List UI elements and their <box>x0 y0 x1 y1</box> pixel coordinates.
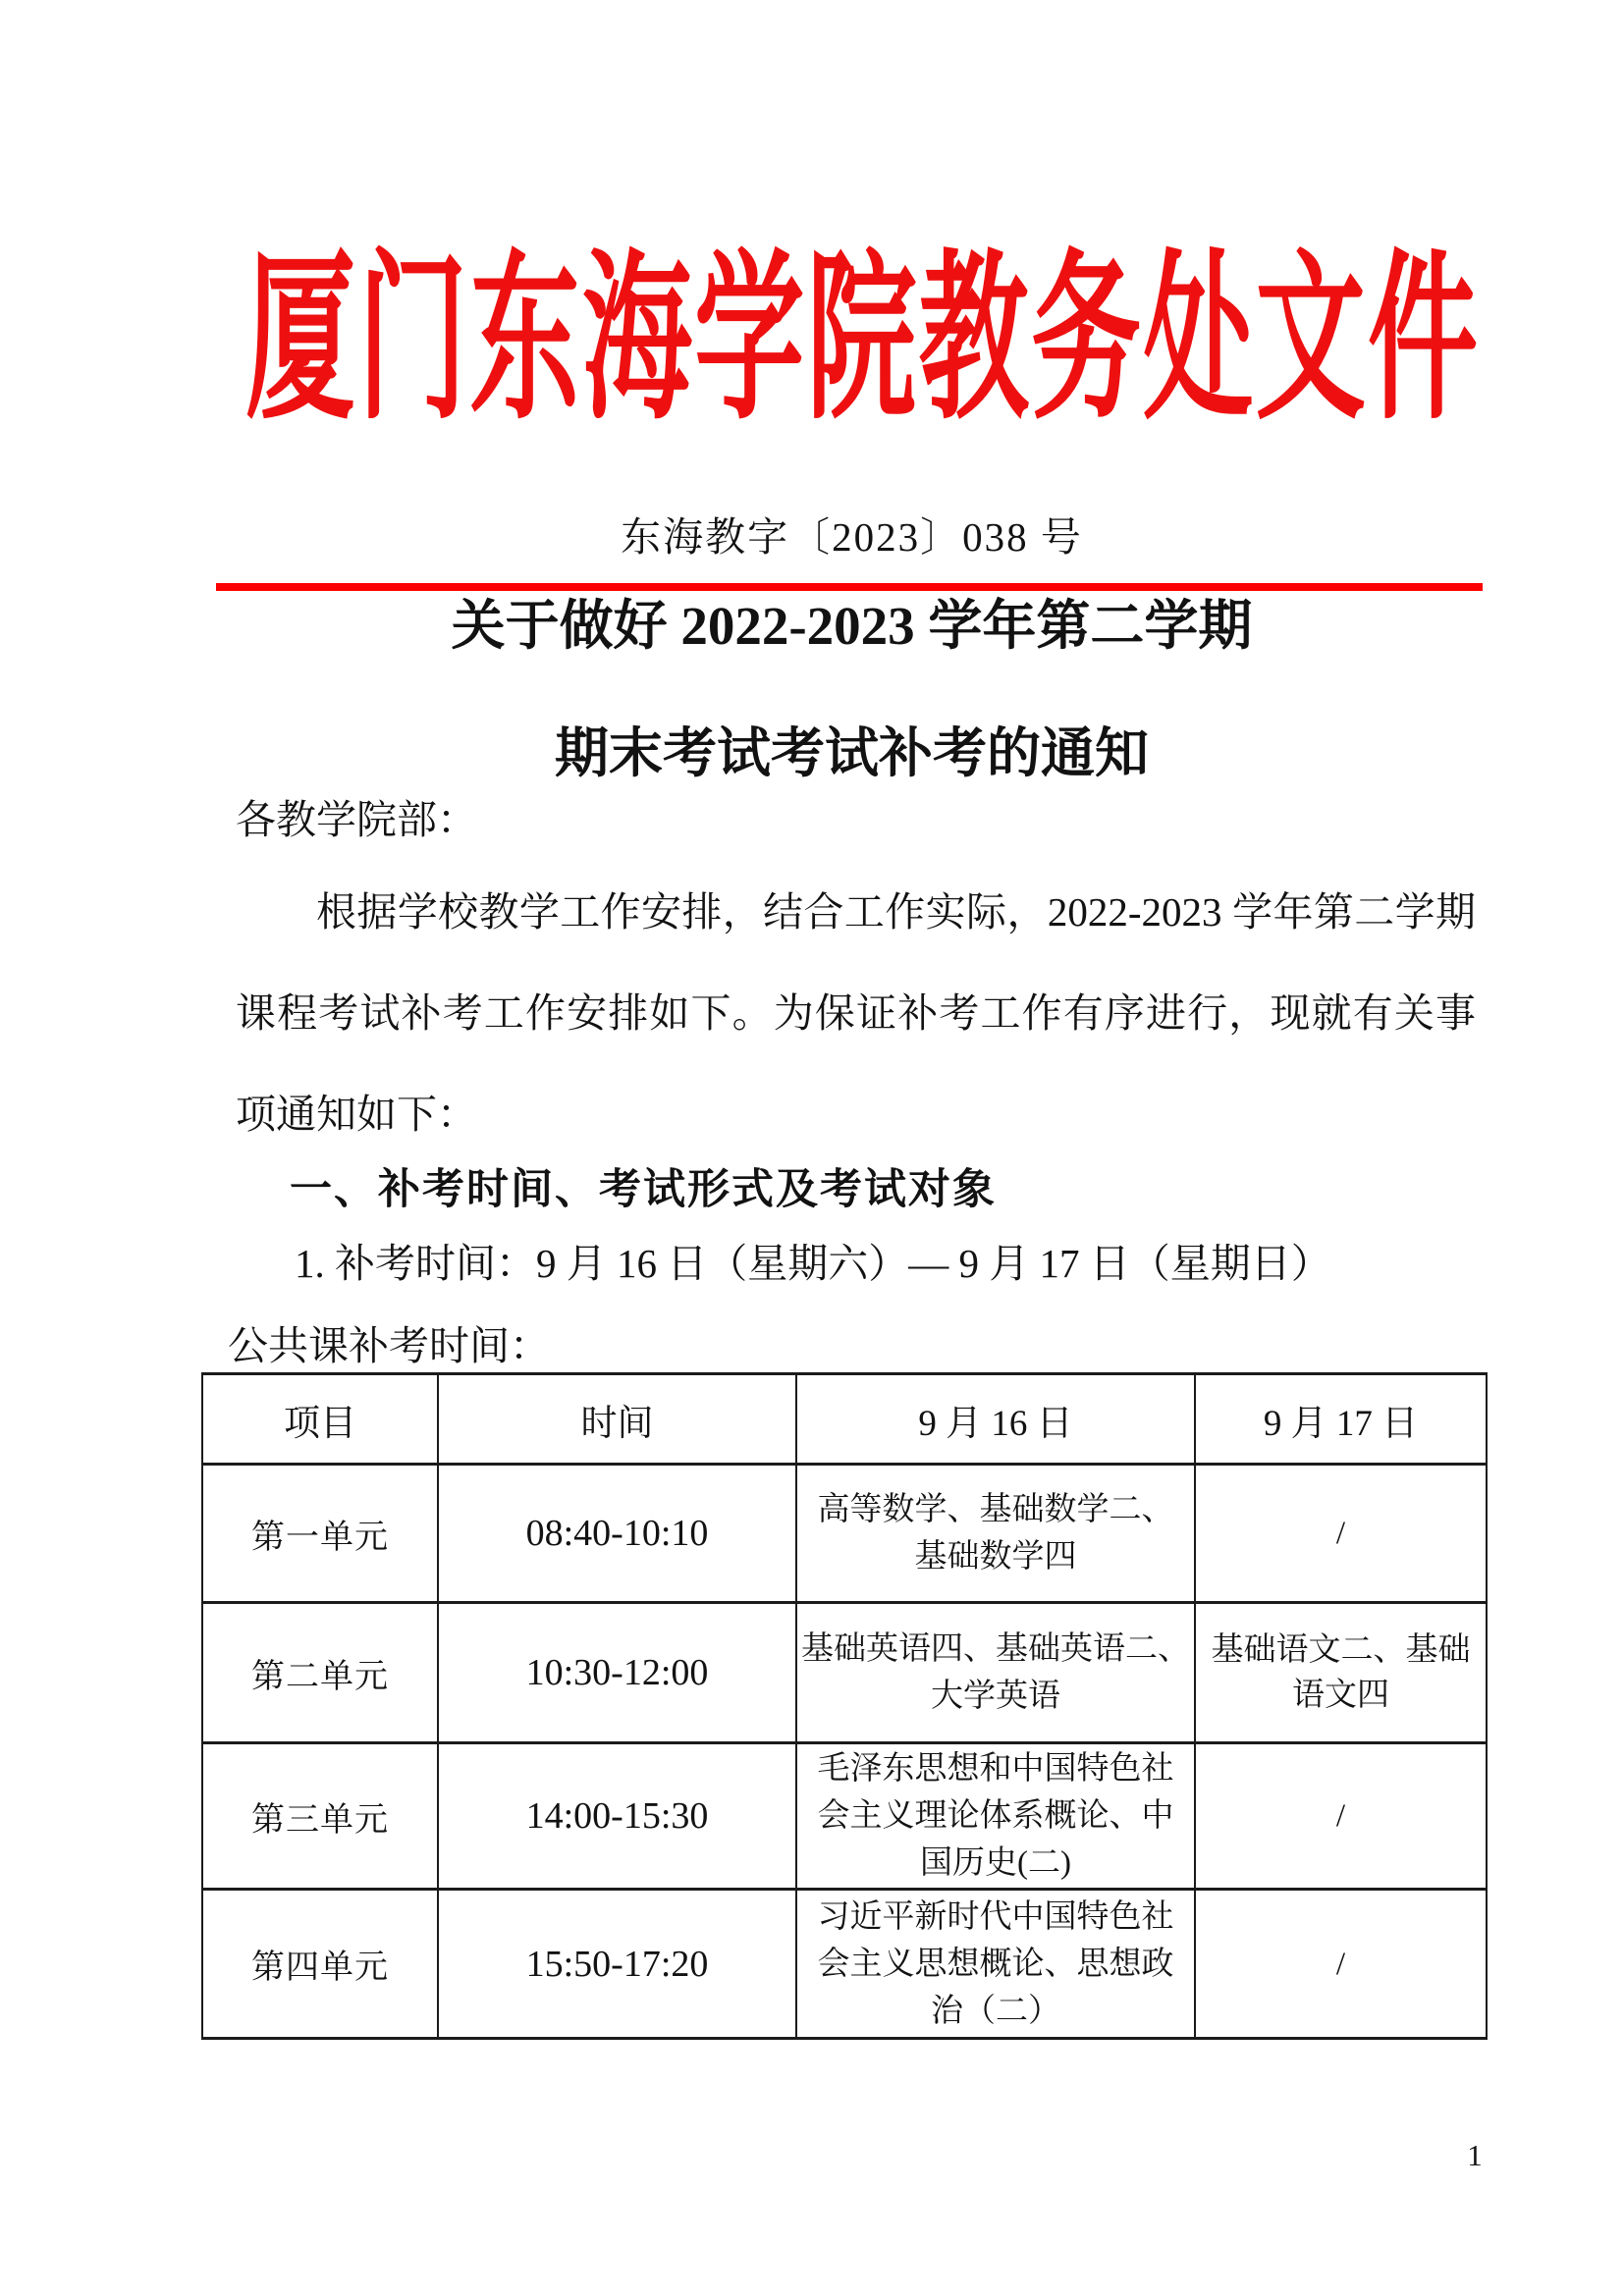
table-row: 第二单元 10:30-12:00 基础英语四、基础英语二、 大学英语 基础语文二… <box>202 1603 1487 1743</box>
exam-schedule-table: 项目 时间 9 月 16 日 9 月 17 日 第一单元 08:40-10:10… <box>201 1372 1488 2040</box>
courses-sep16-cell: 基础英语四、基础英语二、 大学英语 <box>796 1603 1195 1743</box>
courses-sep16-cell: 毛泽东思想和中国特色社 会主义理论体系概论、中 国历史(二) <box>796 1743 1195 1890</box>
unit-cell: 第三单元 <box>202 1743 438 1890</box>
table-row: 第三单元 14:00-15:30 毛泽东思想和中国特色社 会主义理论体系概论、中… <box>202 1743 1487 1890</box>
header-sep16: 9 月 16 日 <box>796 1374 1195 1465</box>
courses-sep16-cell: 高等数学、基础数学二、 基础数学四 <box>796 1465 1195 1603</box>
header-sep17: 9 月 17 日 <box>1195 1374 1487 1465</box>
doc-number: 东海教字〔2023〕038 号 <box>221 505 1483 562</box>
courses-sep17-cell: / <box>1195 1465 1487 1603</box>
table-row: 第一单元 08:40-10:10 高等数学、基础数学二、 基础数学四 / <box>202 1465 1487 1603</box>
paragraph-line: 课程考试补考工作安排如下。为保证补考工作有序进行，现就有关事 <box>236 963 1476 1064</box>
table-header-row: 项目 时间 9 月 16 日 9 月 17 日 <box>202 1374 1487 1465</box>
header-project: 项目 <box>202 1374 438 1465</box>
notice-title-line1: 关于做好 2022-2023 学年第二学期 <box>221 562 1483 690</box>
salutation: 各教学院部： <box>236 787 477 845</box>
time-cell: 14:00-15:30 <box>438 1743 796 1890</box>
time-cell: 15:50-17:20 <box>438 1890 796 2039</box>
table-row: 第四单元 15:50-17:20 习近平新时代中国特色社 会主义思想概论、思想政… <box>202 1890 1487 2039</box>
courses-sep17-cell: 基础语文二、基础 语文四 <box>1195 1603 1487 1743</box>
section1-heading: 一、补考时间、考试形式及考试对象 <box>236 1156 1476 1216</box>
banner-title: 厦门东海学院教务处文件 <box>245 247 1478 438</box>
unit-cell: 第二单元 <box>202 1603 438 1743</box>
intro-paragraph: 根据学校教学工作安排，结合工作实际，2022-2023 学年第二学期 课程考试补… <box>236 862 1476 1165</box>
courses-sep17-cell: / <box>1195 1743 1487 1890</box>
paragraph-line: 项通知如下： <box>236 1064 1476 1165</box>
page-number: 1 <box>1455 2138 1494 2173</box>
unit-cell: 第一单元 <box>202 1465 438 1603</box>
paragraph-line: 根据学校教学工作安排，结合工作实际，2022-2023 学年第二学期 <box>236 862 1476 963</box>
courses-sep17-cell: / <box>1195 1890 1487 2039</box>
unit-cell: 第四单元 <box>202 1890 438 2039</box>
courses-sep16-cell: 习近平新时代中国特色社 会主义思想概论、思想政 治（二） <box>796 1890 1195 2039</box>
time-cell: 08:40-10:10 <box>438 1465 796 1603</box>
document-page: 厦门东海学院教务处文件 东海教字〔2023〕038 号 关于做好 2022-20… <box>0 0 1624 2296</box>
header-time: 时间 <box>438 1374 796 1465</box>
time-cell: 10:30-12:00 <box>438 1603 796 1743</box>
notice-title: 关于做好 2022-2023 学年第二学期 期末考试考试补考的通知 <box>221 562 1483 818</box>
table-caption: 公共课补考时间： <box>228 1313 550 1371</box>
item1-exam-dates: 1. 补考时间：9 月 16 日（星期六）— 9 月 17 日（星期日） <box>236 1231 1476 1289</box>
